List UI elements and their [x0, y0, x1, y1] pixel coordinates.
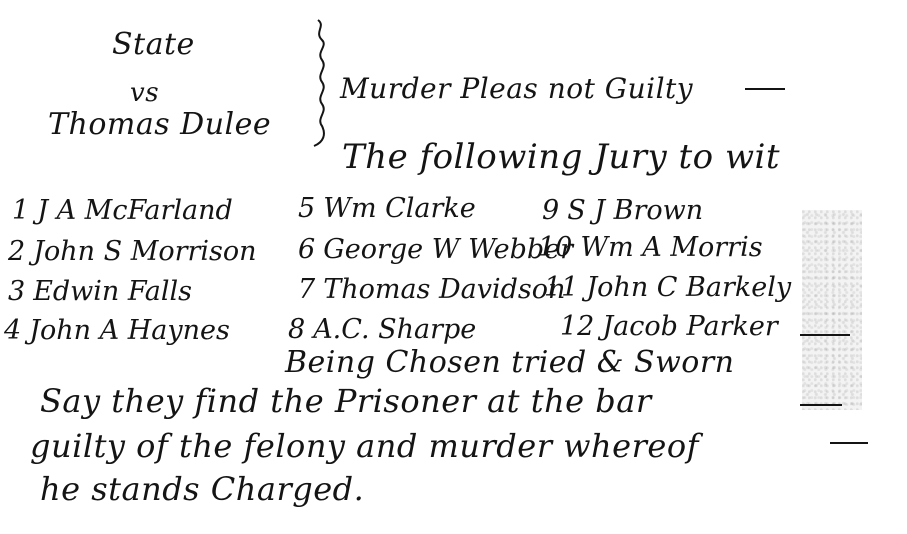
verdict-underline	[830, 442, 868, 444]
document-page: State vs Thomas Dulee Murder Pleas not G…	[0, 0, 907, 534]
charge-underline	[745, 88, 785, 90]
juror-number: 5	[298, 193, 315, 224]
charge-and-plea: Murder Pleas not Guilty	[340, 75, 693, 103]
juror-number: 12	[560, 311, 594, 342]
juror-name: John S Morrison	[33, 236, 256, 267]
verdict-line-4: he stands Charged.	[40, 473, 364, 505]
juror-entry: 10Wm A Morris	[538, 234, 763, 261]
juror-entry: 11John C Barkely	[544, 274, 791, 301]
juror-entry: 2John S Morrison	[8, 238, 257, 265]
juror-name: J A McFarland	[37, 195, 233, 226]
juror-name: Edwin Falls	[33, 276, 192, 307]
juror-entry: 5Wm Clarke	[298, 195, 476, 222]
scan-noise-patch	[802, 210, 862, 410]
juror-entry: 7Thomas Davidson	[298, 276, 565, 303]
juror-number: 3	[8, 276, 25, 307]
juror-number: 6	[298, 234, 315, 265]
juror-number: 10	[538, 232, 572, 263]
juror-number: 4	[4, 315, 21, 346]
juror-name: Jacob Parker	[602, 311, 777, 342]
juror-name: Wm Clarke	[323, 193, 476, 224]
juror-entry: 9S J Brown	[542, 197, 703, 224]
juror-entry: 3Edwin Falls	[8, 278, 192, 305]
curly-brace-icon	[310, 18, 334, 148]
juror-entry: 1J A McFarland	[12, 197, 233, 224]
juror-entry: 6George W Webber	[298, 236, 573, 263]
juror-number: 1	[12, 195, 29, 226]
juror-name: A.C. Sharpe	[313, 314, 476, 345]
juror-name: George W Webber	[323, 234, 573, 265]
juror-name: Wm A Morris	[580, 232, 762, 263]
juror-name: Thomas Davidson	[323, 274, 565, 305]
juror-number: 9	[542, 195, 559, 226]
juror-number: 11	[544, 272, 578, 303]
juror-name: John A Haynes	[29, 315, 230, 346]
juror-number: 7	[298, 274, 315, 305]
juror-name: S J Brown	[567, 195, 703, 226]
verdict-line-3: guilty of the felony and murder whereof	[30, 430, 699, 462]
juror-number: 8	[288, 314, 305, 345]
verdict-line-1: Being Chosen tried & Sworn	[285, 348, 734, 378]
caption-versus: vs	[130, 80, 159, 106]
verdict-line-2: Say they find the Prisoner at the bar	[40, 385, 652, 417]
juror-list-underline	[800, 334, 850, 336]
juror-entry: 4John A Haynes	[4, 317, 230, 344]
juror-entry: 12Jacob Parker	[560, 313, 778, 340]
juror-name: John C Barkely	[586, 272, 791, 303]
juror-entry: 8A.C. Sharpe	[288, 316, 476, 343]
caption-plaintiff: State	[112, 30, 195, 60]
verdict-underline	[800, 404, 842, 406]
caption-defendant: Thomas Dulee	[48, 110, 271, 140]
jury-intro: The following Jury to wit	[342, 140, 780, 174]
juror-number: 2	[8, 236, 25, 267]
